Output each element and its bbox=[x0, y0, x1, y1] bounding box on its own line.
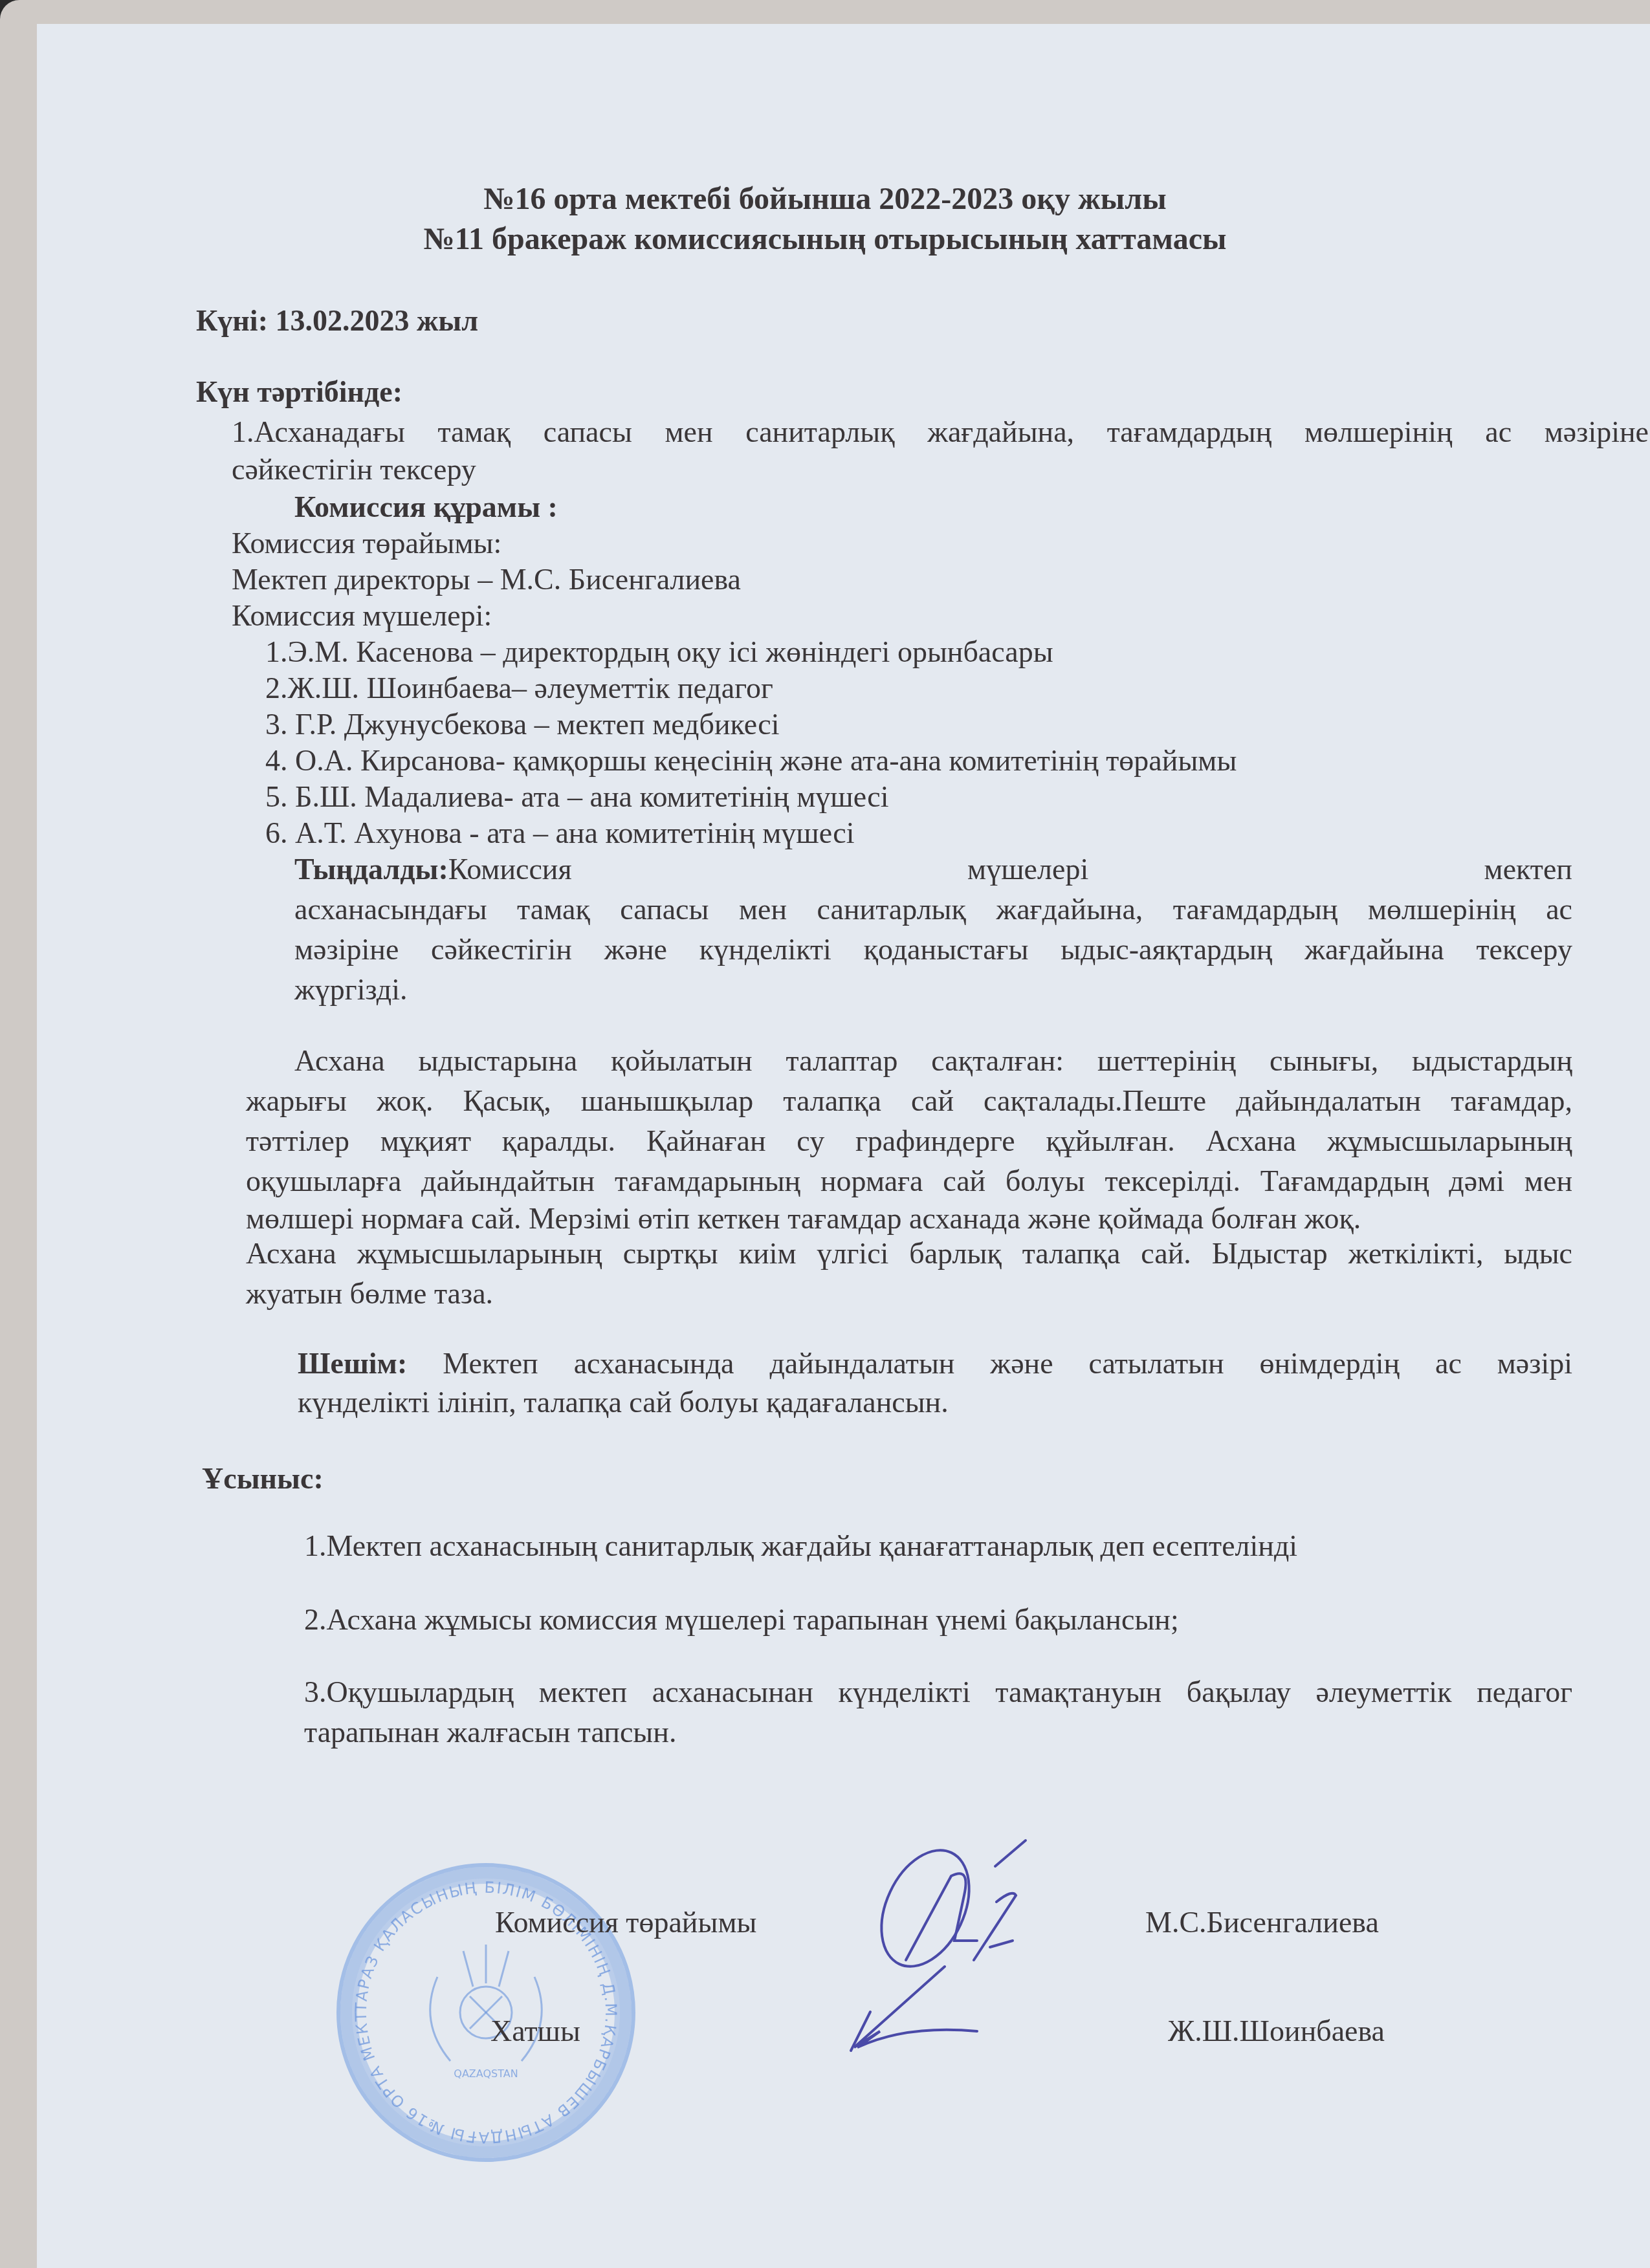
agenda-item-1: 1.Асханадағы тамақ сапасы мен санитарлық… bbox=[232, 414, 1649, 450]
commission-heading: Комиссия құрамы : bbox=[294, 489, 558, 525]
chair-name: М.С.Бисенгалиева bbox=[1145, 1904, 1379, 1941]
findings-line: тәттілер мұқият қаралды. Қайнаған су гра… bbox=[246, 1123, 1572, 1159]
proposal-item-1: 1.Мектеп асханасының санитарлық жағдайы … bbox=[304, 1528, 1297, 1564]
proposal-item-3-cont: тарапынан жалғасын тапсын. bbox=[304, 1714, 676, 1750]
heard-line3: мәзіріне сәйкестігін және күнделікті қод… bbox=[294, 932, 1572, 968]
proposal-item-3: 3.Оқушылардың мектеп асханасынан күнделі… bbox=[304, 1674, 1572, 1710]
document-title-line1: №16 орта мектебі бойынша 2022-2023 оқу ж… bbox=[0, 181, 1650, 217]
commission-chair: Мектеп директоры – М.С. Бисенгалиева bbox=[232, 562, 741, 598]
handwritten-signature-icon bbox=[828, 1831, 1087, 2077]
stamp-center-text: QAZAQSTAN bbox=[454, 2067, 518, 2080]
heard-line1: Тыңдалды:Комиссия мүшелері мектеп bbox=[294, 851, 1572, 888]
document-title-line2: №11 бракераж комиссиясының отырысының ха… bbox=[0, 221, 1650, 257]
agenda-item-1-cont: сәйкестігін тексеру bbox=[232, 452, 476, 488]
commission-member: 4. О.А. Кирсанова- қамқоршы кеңесінің жә… bbox=[265, 743, 1237, 779]
findings-line: жуатын бөлме таза. bbox=[246, 1276, 493, 1312]
heard-label: Тыңдалды: bbox=[294, 853, 448, 886]
commission-member: 2.Ж.Ш. Шоинбаева– әлеуметтік педагог bbox=[265, 670, 773, 706]
findings-line: Асхана жұмысшыларының сыртқы киім үлгісі… bbox=[246, 1236, 1572, 1272]
proposal-heading: Ұсыныс: bbox=[202, 1461, 324, 1497]
findings-line: Асхана ыдыстарына қойылатын талаптар сақ… bbox=[294, 1043, 1572, 1079]
decision-line2: күнделікті ілініп, талапқа сай болуы қад… bbox=[298, 1384, 949, 1421]
decision-label: Шешім: bbox=[298, 1347, 407, 1380]
commission-member: 1.Э.М. Касенова – директордың оқу ісі жө… bbox=[265, 634, 1053, 670]
agenda-heading: Күн тәртібінде: bbox=[196, 374, 402, 410]
heard-word: мектеп bbox=[1484, 851, 1572, 888]
chair-role: Комиссия төрайымы bbox=[495, 1904, 756, 1941]
heard-line4: жүргізді. bbox=[294, 972, 407, 1008]
commission-member: 5. Б.Ш. Мадалиева- ата – ана комитетінің… bbox=[265, 779, 889, 815]
meeting-date: Күні: 13.02.2023 жыл bbox=[196, 303, 478, 339]
commission-member: 3. Г.Р. Джунусбекова – мектеп медбикесі bbox=[265, 706, 779, 743]
commission-chair-label: Комиссия төрайымы: bbox=[232, 525, 501, 562]
commission-member: 6. А.Т. Ахунова - ата – ана комитетінің … bbox=[265, 815, 854, 851]
heard-word: Комиссия bbox=[448, 853, 572, 886]
secretary-name: Ж.Ш.Шоинбаева bbox=[1168, 2013, 1385, 2049]
commission-members-label: Комиссия мүшелері: bbox=[232, 598, 492, 634]
decision-line1: Шешім: Мектеп асханасында дайындалатын ж… bbox=[298, 1346, 1572, 1382]
findings-line: жарығы жоқ. Қасық, шанышқылар талапқа са… bbox=[246, 1083, 1572, 1119]
proposal-item-2: 2.Асхана жұмысы комиссия мүшелері тарапы… bbox=[304, 1602, 1179, 1638]
findings-line: оқушыларға дайындайтын тағамдарының норм… bbox=[246, 1163, 1572, 1199]
heard-line2: асханасындағы тамақ сапасы мен санитарлы… bbox=[294, 891, 1572, 928]
heard-word: мүшелері bbox=[967, 851, 1088, 888]
findings-line: мөлшері нормаға сай. Мерзімі өтіп кеткен… bbox=[246, 1201, 1361, 1237]
secretary-role: Хатшы bbox=[490, 2013, 580, 2049]
decision-text: Мектеп асханасында дайындалатын және сат… bbox=[407, 1347, 1572, 1380]
